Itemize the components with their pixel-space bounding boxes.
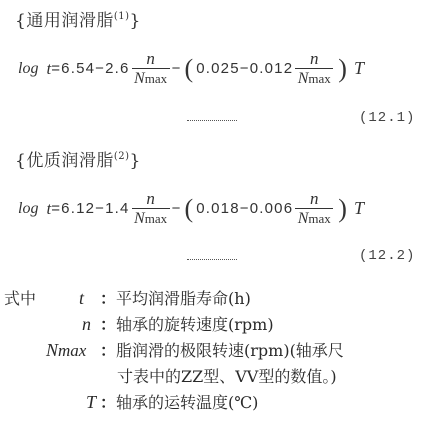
constant-4: 0.006 — [250, 200, 294, 217]
definition-text: 平均润滑脂寿命(h) — [116, 289, 251, 308]
heading-close-brace: } — [130, 151, 141, 171]
fraction-n-over-nmax: n Nmax — [132, 50, 170, 87]
close-paren: ) — [338, 196, 347, 222]
fraction-denominator: Nmax — [298, 69, 331, 87]
symbol: t — [79, 288, 84, 308]
definition-row-n: n — [82, 312, 91, 338]
equals-sign: = — [51, 200, 61, 217]
denominator-N: N — [134, 210, 145, 227]
denominator-N: N — [298, 70, 309, 87]
constant-2: 2.6 — [105, 60, 129, 77]
denominator-N: N — [134, 70, 145, 87]
constant-4: 0.012 — [250, 60, 294, 77]
minus-sign: − — [240, 200, 250, 217]
footnote-ref: (1) — [114, 11, 130, 22]
fraction-numerator: n — [132, 190, 170, 209]
definitions-label: 式中 — [4, 286, 36, 312]
log-symbol: log — [18, 60, 38, 78]
fraction-numerator: n — [295, 190, 333, 209]
definition-row-nmax-cont: 寸表中的ZZ型、VV型的数值。) — [117, 364, 337, 390]
definition-row-nmax: Nmax — [46, 338, 86, 364]
close-paren: ) — [338, 56, 347, 82]
fraction-n-over-nmax: n Nmax — [295, 50, 333, 87]
denominator-sub: max — [308, 211, 330, 226]
log-symbol: log — [18, 200, 38, 218]
denominator-sub: max — [145, 71, 167, 86]
variable-T: T — [354, 198, 364, 219]
symbol: N — [46, 340, 58, 360]
definition-row-t: t — [79, 286, 84, 312]
variable-T: T — [354, 58, 364, 79]
constant-1: 6.54 — [61, 60, 95, 77]
fraction-n-over-nmax: n Nmax — [295, 190, 333, 227]
fraction-denominator: Nmax — [134, 209, 167, 227]
colon: ： — [100, 393, 116, 412]
minus-sign: − — [95, 200, 105, 217]
minus-sign: − — [240, 60, 250, 77]
definition-row-n-text: ：轴承的旋转速度(rpm) — [100, 312, 274, 338]
formula-12-1: log t = 6.54 − 2.6 n Nmax − ( 0.025 − 0.… — [18, 50, 364, 87]
denominator-sub: max — [145, 211, 167, 226]
denominator-N: N — [298, 210, 309, 227]
open-paren: ( — [185, 196, 194, 222]
definition-text: 脂润滑的极限转速(rpm)(轴承尺 — [116, 341, 344, 360]
footnote-ref: (2) — [114, 151, 130, 162]
colon: ： — [100, 315, 116, 334]
colon: ： — [100, 289, 116, 308]
heading-text: {通用润滑脂 — [15, 11, 114, 31]
definition-row-nmax-text: ：脂润滑的极限转速(rpm)(轴承尺 — [100, 338, 344, 364]
denominator-sub: max — [308, 71, 330, 86]
constant-3: 0.025 — [196, 60, 240, 77]
fraction-n-over-nmax: n Nmax — [132, 190, 170, 227]
constant-2: 1.4 — [105, 200, 129, 217]
definition-text: 轴承的运转温度(℃) — [116, 393, 258, 412]
section-heading-general-grease: {通用润滑脂(1)} — [15, 6, 141, 31]
definition-row-T-text: ：轴承的运转温度(℃) — [100, 390, 258, 416]
constant-3: 0.018 — [196, 200, 240, 217]
equals-sign: = — [51, 60, 61, 77]
minus-sign: − — [95, 60, 105, 77]
section-heading-premium-grease: {优质润滑脂(2)} — [15, 146, 141, 171]
fraction-numerator: n — [132, 50, 170, 69]
fraction-denominator: Nmax — [298, 209, 331, 227]
definition-row-T: T — [86, 390, 96, 416]
definition-text: 轴承的旋转速度(rpm) — [116, 315, 274, 334]
equation-number: (12.2) — [359, 248, 415, 264]
dotted-leader — [187, 120, 237, 121]
heading-close-brace: } — [130, 11, 141, 31]
fraction-numerator: n — [295, 50, 333, 69]
symbol: n — [82, 314, 91, 334]
minus-sign: − — [172, 60, 182, 77]
constant-1: 6.12 — [61, 200, 95, 217]
heading-text: {优质润滑脂 — [15, 151, 114, 171]
dotted-leader — [187, 259, 237, 260]
symbol: T — [86, 392, 96, 412]
definition-row-t-text: ：平均润滑脂寿命(h) — [100, 286, 251, 312]
equation-number: (12.1) — [359, 110, 415, 126]
formula-12-2: log t = 6.12 − 1.4 n Nmax − ( 0.018 − 0.… — [18, 190, 364, 227]
fraction-denominator: Nmax — [134, 69, 167, 87]
colon: ： — [100, 341, 116, 360]
symbol-sub: max — [58, 341, 86, 360]
minus-sign: − — [172, 200, 182, 217]
open-paren: ( — [185, 56, 194, 82]
